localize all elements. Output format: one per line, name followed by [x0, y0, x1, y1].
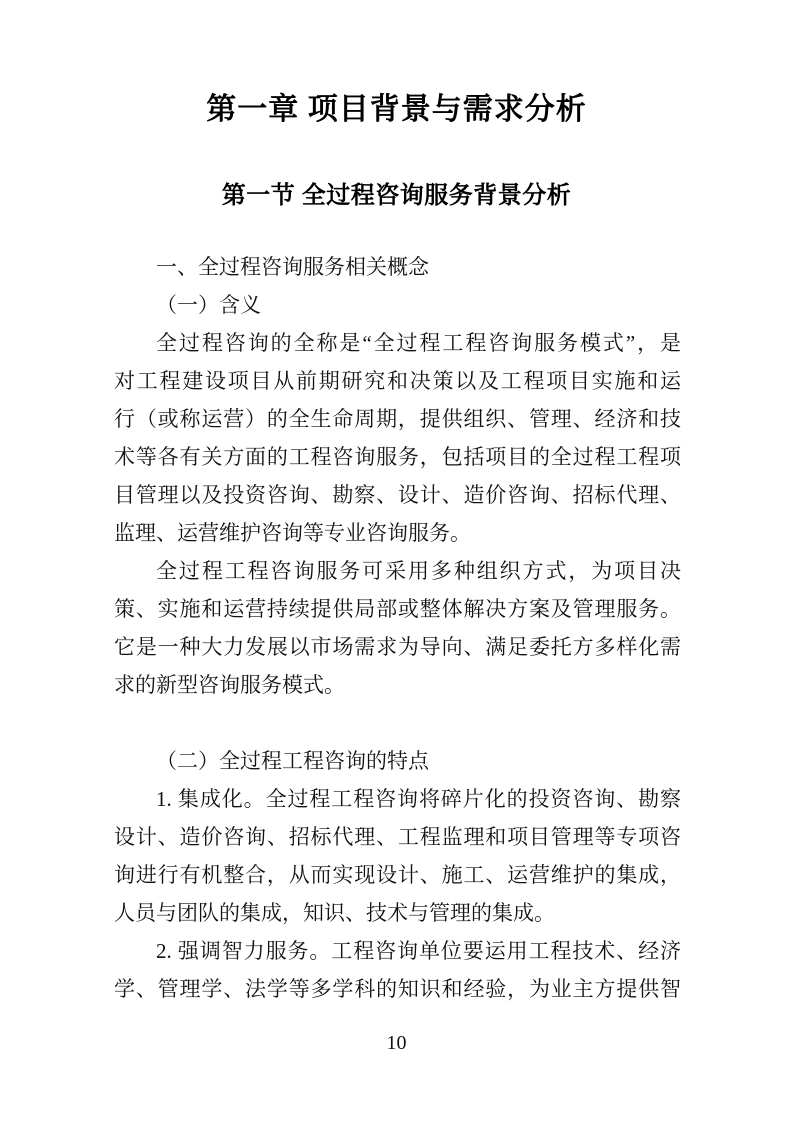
paragraph-line: 策、实施和运营持续提供局部或整体解决方案及管理服务。 [114, 590, 681, 628]
paragraph-line: 它是一种大力发展以市场需求为导向、满足委托方多样化需 [114, 628, 681, 666]
page-number: 10 [0, 1028, 793, 1058]
paragraph-line: 学、管理学、法学等多学科的知识和经验，为业主方提供智 [114, 970, 681, 1008]
paragraph-line: 术等各有关方面的工程咨询服务，包括项目的全过程工程项 [114, 438, 681, 476]
section-title: 第一节 全过程咨询服务背景分析 [0, 180, 793, 212]
paragraph-line: 设计、造价咨询、招标代理、工程监理和项目管理等专项咨 [114, 818, 681, 856]
body-text: 一、全过程咨询服务相关概念 （一）含义 全过程咨询的全称是“全过程工程咨询服务模… [0, 248, 793, 1008]
paragraph-line: 一、全过程咨询服务相关概念 [114, 248, 681, 286]
paragraph-line: （二）全过程工程咨询的特点 [114, 742, 681, 780]
paragraph-line: 2. 强调智力服务。工程咨询单位要运用工程技术、经济 [114, 932, 681, 970]
document-page: 第一章 项目背景与需求分析 第一节 全过程咨询服务背景分析 一、全过程咨询服务相… [0, 0, 793, 1122]
paragraph-line: 全过程咨询的全称是“全过程工程咨询服务模式”，是 [114, 324, 681, 362]
paragraph-line: 询进行有机整合，从而实现设计、施工、运营维护的集成， [114, 856, 681, 894]
paragraph-line: 人员与团队的集成，知识、技术与管理的集成。 [114, 894, 681, 932]
paragraph-line: 对工程建设项目从前期研究和决策以及工程项目实施和运 [114, 362, 681, 400]
paragraph-line: 1. 集成化。全过程工程咨询将碎片化的投资咨询、勘察 [114, 780, 681, 818]
chapter-title: 第一章 项目背景与需求分析 [0, 0, 793, 130]
paragraph-line: 全过程工程咨询服务可采用多种组织方式，为项目决 [114, 552, 681, 590]
paragraph-line: （一）含义 [114, 286, 681, 324]
paragraph-line: 监理、运营维护咨询等专业咨询服务。 [114, 514, 681, 552]
paragraph-line: 目管理以及投资咨询、勘察、设计、造价咨询、招标代理、 [114, 476, 681, 514]
paragraph-line: 求的新型咨询服务模式。 [114, 666, 681, 704]
blank-line [114, 704, 681, 742]
paragraph-line: 行（或称运营）的全生命周期，提供组织、管理、经济和技 [114, 400, 681, 438]
